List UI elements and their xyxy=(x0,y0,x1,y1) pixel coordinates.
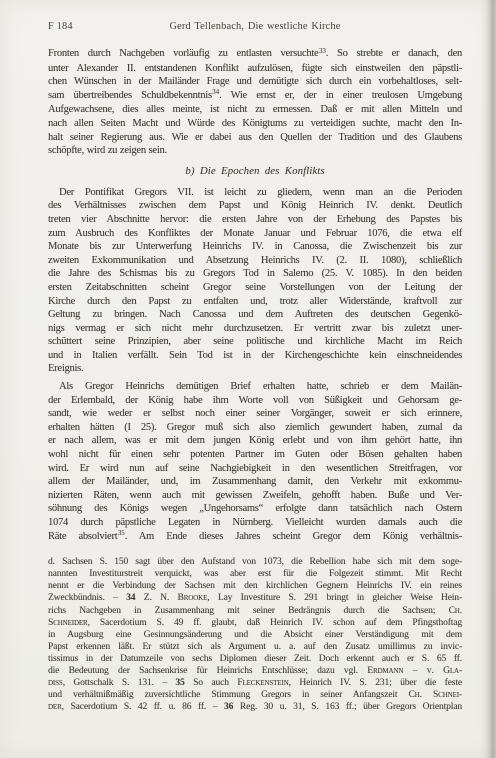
text-line: Monate bis zur Unterwerfung Heinrichs IV… xyxy=(48,240,462,254)
text-line: schöpfte, wird zu zeigen sein. xyxy=(48,144,462,158)
text-segment: unter Alexander II. entstandenen Konflik… xyxy=(48,63,462,74)
text-segment: diss xyxy=(48,678,63,688)
book-page: F 184 Gerd Tellenbach, Die westliche Kir… xyxy=(0,0,496,758)
running-title: Gerd Tellenbach, Die westliche Kirche xyxy=(48,21,462,32)
text-segment: der xyxy=(48,702,62,712)
text-segment: und verhältnißmäßig zuversichtliche Stim… xyxy=(48,690,408,700)
text-line: Papst erkennen läßt. Er stützt sich als … xyxy=(48,641,462,653)
footnote-ref: 35 xyxy=(118,530,125,537)
text-line: halt seiner Regierung aus. Wie er dabei … xyxy=(48,131,462,145)
text-segment: richs Nachgeben in Zusammenhang mit sein… xyxy=(48,606,449,616)
text-segment: nennt er die Verbindung der Sachsen mit … xyxy=(48,581,462,591)
text-segment: treten vier Abschnitte hervor: die erste… xyxy=(48,214,462,225)
text-line: nach allen Seiten Macht und Würde des Kö… xyxy=(48,117,462,131)
text-segment: So auch xyxy=(185,678,238,688)
text-line: der, Sacerdotium S. 42 ff. u. 86 ff. – 3… xyxy=(48,701,462,713)
text-line: chen Wünschen in der Mailänder Frage und… xyxy=(48,75,462,89)
text-segment: sam übertreibendes Schuldbekenntnis xyxy=(48,90,212,101)
running-head: F 184 Gerd Tellenbach, Die westliche Kir… xyxy=(48,21,462,34)
text-segment: Zweckbündnis. – xyxy=(48,593,126,603)
text-line: Schneider, Sacerdotium S. 49 ff. glaubt,… xyxy=(48,617,462,629)
text-segment: Erdmann – v. Gla- xyxy=(367,666,462,676)
text-line: 1074 durch päpstliche Legaten in Nürnber… xyxy=(48,516,462,530)
text-line: tissimus in der Datumzeile von sechs Dip… xyxy=(48,653,462,665)
text-line: richs Nachgeben in Zusammenhang mit sein… xyxy=(48,605,462,617)
section-heading: b) Die Epochen des Konflikts xyxy=(48,165,462,177)
text-segment: Fleckenstein xyxy=(237,678,288,688)
text-line: wohl nicht für einen sehr potenten Partn… xyxy=(48,448,462,462)
text-segment: schüttert seine Prinzipien, aber seine p… xyxy=(48,336,462,347)
text-segment: halt seiner Regierung aus. Wie er dabei … xyxy=(48,132,462,143)
text-line: nizierten Räten, wenn auch mit gewissen … xyxy=(48,489,462,503)
text-line: diss, Gottschalk S. 131. – 35 So auch Fl… xyxy=(48,677,462,689)
text-segment: söhnung des Königs wegen „Ungehorsams“ e… xyxy=(48,503,462,514)
text-segment: Monate bis zur Unterwerfung Heinrichs IV… xyxy=(48,241,462,252)
text-segment: der Erlembald, der König habe ihm Worte … xyxy=(48,395,462,406)
text-line: ersten Zeitabschnitten scheint Gregor se… xyxy=(48,281,462,295)
page-edge-shadow xyxy=(480,0,496,758)
footnotes-block: d. Sachsen S. 150 sagt über den Aufstand… xyxy=(48,556,462,713)
text-segment: , Gottschalk S. 131. – xyxy=(63,678,176,688)
text-line: er nach allem, was er mit dem jungen Kön… xyxy=(48,434,462,448)
text-line: Fronten durch Nachgeben vorläufig zu ent… xyxy=(48,47,462,62)
text-line: sam übertreibendes Schuldbekenntnis34. W… xyxy=(48,89,462,104)
text-line: und verhältnißmäßig zuversichtliche Stim… xyxy=(48,689,462,701)
text-segment: die Bedeutung der Sachsenkrise für Heinr… xyxy=(48,666,367,676)
text-line: Ereignis. xyxy=(48,362,462,376)
text-segment: Ch. xyxy=(449,606,462,616)
text-line: wird. Er wird nun auf seine Nachgiebigke… xyxy=(48,462,462,476)
text-line: nannten Investiturstreit verquickt, was … xyxy=(48,568,462,580)
text-segment: Z. N. xyxy=(135,593,177,603)
text-segment: Aufgewachsene, dies alles meinte, ist ni… xyxy=(48,104,462,115)
text-segment: wird. Er wird nun auf seine Nachgiebigke… xyxy=(48,463,462,474)
page-content: F 184 Gerd Tellenbach, Die westliche Kir… xyxy=(48,21,462,717)
text-segment: Räte absolviert xyxy=(48,531,117,542)
text-segment: Kirche durch den Papst zu entfalten und,… xyxy=(48,296,462,307)
text-line: und in Italien verfällt. Sein Tod ist in… xyxy=(48,349,462,363)
paragraph-als-gregor: Als Gregor Heinrichs demütigen Brief erh… xyxy=(48,380,462,544)
text-segment: chen Wünschen in der Mailänder Frage und… xyxy=(48,76,462,87)
text-segment: zum Ausbruch des Konfliktes der Monate J… xyxy=(48,228,462,239)
footnote-ref: 34 xyxy=(212,89,219,96)
text-segment: Ereignis. xyxy=(48,363,83,374)
text-segment: d. Sachsen S. 150 sagt über den Aufstand… xyxy=(48,557,462,567)
text-line: die Jahre des Schismas bis zu Gregors To… xyxy=(48,267,462,281)
text-segment: 36 xyxy=(224,702,233,712)
text-line: Räte absolviert35. Am Ende dieses Jahres… xyxy=(48,530,462,545)
text-segment: nannten Investiturstreit verquickt, was … xyxy=(48,569,462,579)
text-line: nennt er die Verbindung der Sachsen mit … xyxy=(48,580,462,592)
text-segment: er nach allem, was er mit dem jungen Kön… xyxy=(48,435,462,446)
text-line: Geltung zu bringen. Nach Canossa und dem… xyxy=(48,308,462,322)
text-line: zum Ausbruch des Konfliktes der Monate J… xyxy=(48,227,462,241)
text-line: d. Sachsen S. 150 sagt über den Aufstand… xyxy=(48,556,462,568)
text-segment: zweiten Exkommunikation und Absetzung He… xyxy=(48,255,462,266)
text-segment: nizierten Räten, wenn auch mit gewissen … xyxy=(48,490,462,501)
paragraph-pontifikat: Der Pontifikat Gregors VII. ist leicht z… xyxy=(48,186,462,376)
text-segment: Geltung zu bringen. Nach Canossa und dem… xyxy=(48,309,462,320)
text-segment: und in Italien verfällt. Sein Tod ist in… xyxy=(48,350,462,361)
text-segment: erhalten hätten (I 25). Gregor muß sich … xyxy=(48,422,462,433)
text-segment: nigs vermag er sich nicht mehr durchzuse… xyxy=(48,323,462,334)
text-segment: . So strebte er danach, den xyxy=(326,48,462,59)
text-segment: Als Gregor Heinrichs demütigen Brief erh… xyxy=(59,381,462,392)
text-segment: . Am Ende dieses Jahres scheint Gregor d… xyxy=(125,531,462,542)
text-segment: wohl nicht für einen sehr potenten Partn… xyxy=(48,449,462,460)
text-segment: 35 xyxy=(175,678,184,688)
text-line: zweiten Exkommunikation und Absetzung He… xyxy=(48,254,462,268)
text-segment: Schneider xyxy=(48,618,88,628)
text-line: söhnung des Königs wegen „Ungehorsams“ e… xyxy=(48,502,462,516)
text-line: Aufgewachsene, dies alles meinte, ist ni… xyxy=(48,103,462,117)
text-segment: des Verhältnisses zwischen dem Papst und… xyxy=(48,200,462,211)
text-line: Kirche durch den Papst zu entfalten und,… xyxy=(48,295,462,309)
text-segment: 1074 durch päpstliche Legaten in Nürnber… xyxy=(48,517,462,528)
text-segment: Reg. 30 u. 31, S. 163 ff.; über Gregors … xyxy=(233,702,462,712)
text-segment: in Augsburg eine Gesinnungsänderung und … xyxy=(48,630,462,640)
text-line: sandt, wie weder er selbst noch einer se… xyxy=(48,407,462,421)
text-line: die Bedeutung der Sachsenkrise für Heinr… xyxy=(48,665,462,677)
page-body: Fronten durch Nachgeben vorläufig zu ent… xyxy=(48,47,462,713)
text-line: treten vier Abschnitte hervor: die erste… xyxy=(48,213,462,227)
text-line: Zweckbündnis. – 34 Z. N. Brooke, Lay Inv… xyxy=(48,592,462,604)
text-segment: , Sacerdotium S. 42 ff. u. 86 ff. – xyxy=(62,702,224,712)
text-line: Der Pontifikat Gregors VII. ist leicht z… xyxy=(48,186,462,200)
text-segment: schöpfte, wird zu zeigen sein. xyxy=(48,145,167,156)
text-line: der Erlembald, der König habe ihm Worte … xyxy=(48,394,462,408)
text-line: in Augsburg eine Gesinnungsänderung und … xyxy=(48,629,462,641)
text-segment: sandt, wie weder er selbst noch einer se… xyxy=(48,408,462,419)
text-segment: Papst erkennen läßt. Er stützt sich als … xyxy=(48,642,462,652)
text-line: nigs vermag er sich nicht mehr durchzuse… xyxy=(48,322,462,336)
text-segment: allem der Mailänder, und, im Zusammenhan… xyxy=(48,476,462,487)
text-segment: tissimus in der Datumzeile von sechs Dip… xyxy=(48,654,462,664)
text-segment: Brooke xyxy=(178,593,208,603)
text-segment: Fronten durch Nachgeben vorläufig zu ent… xyxy=(48,48,318,59)
paragraph-fronten: Fronten durch Nachgeben vorläufig zu ent… xyxy=(48,47,462,158)
text-line: Als Gregor Heinrichs demütigen Brief erh… xyxy=(48,380,462,394)
text-segment: Der Pontifikat Gregors VII. ist leicht z… xyxy=(59,187,462,198)
text-segment: Ch. Schnei- xyxy=(408,690,462,700)
footnote-ref: 33 xyxy=(319,48,326,55)
text-segment: nach allen Seiten Macht und Würde des Kö… xyxy=(48,118,462,129)
text-segment: , Sacerdotium S. 49 ff. glaubt, daß Hein… xyxy=(88,618,462,628)
text-segment: , Heinrich IV. S. 231; über die feste xyxy=(289,678,462,688)
text-line: schüttert seine Prinzipien, aber seine p… xyxy=(48,335,462,349)
text-line: des Verhältnisses zwischen dem Papst und… xyxy=(48,199,462,213)
text-segment: . Wie ernst er, der in einer treulosen U… xyxy=(219,90,462,101)
text-segment: , Lay Investiture S. 291 bringt in gleic… xyxy=(207,593,462,603)
text-segment: ersten Zeitabschnitten scheint Gregor se… xyxy=(48,282,462,293)
text-line: allem der Mailänder, und, im Zusammenhan… xyxy=(48,475,462,489)
text-line: erhalten hätten (I 25). Gregor muß sich … xyxy=(48,421,462,435)
text-line: unter Alexander II. entstandenen Konflik… xyxy=(48,62,462,76)
text-segment: die Jahre des Schismas bis zu Gregors To… xyxy=(48,268,462,279)
